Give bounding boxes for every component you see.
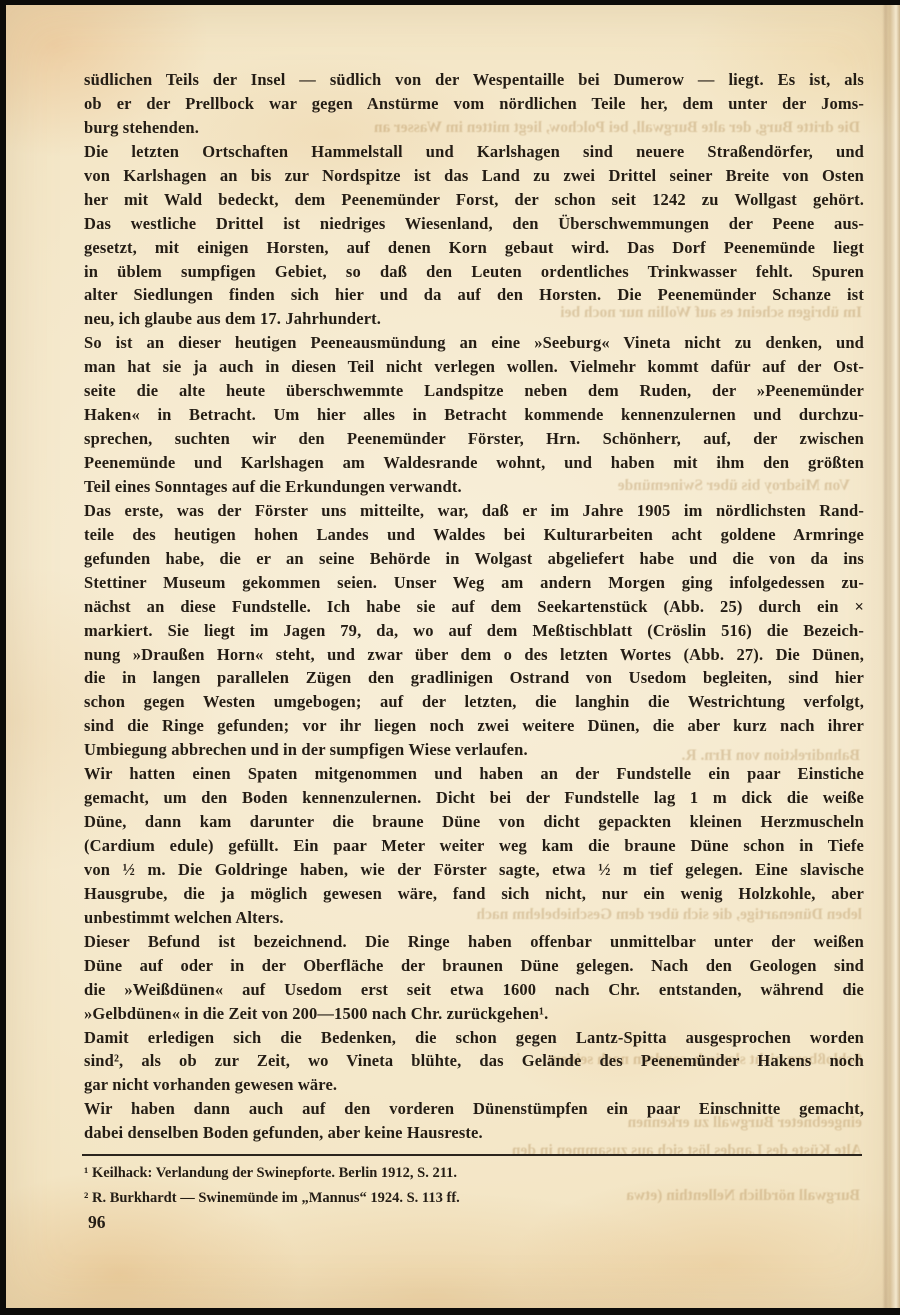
text-line: (Cardium edule) gefüllt. Ein paar Meter …	[84, 834, 864, 858]
text-line: Das westliche Drittel ist niedriges Wies…	[84, 212, 864, 236]
text-line: die in langen parallelen Zügen den gradl…	[84, 666, 864, 690]
text-line: man hat sie ja auch in diesen Teil nicht…	[84, 355, 864, 379]
text-line: Die letzten Ortschaften Hammelstall und …	[84, 140, 864, 164]
text-line: Wir haben dann auch auf den vorderen Dün…	[84, 1097, 864, 1121]
scan-border-top	[0, 0, 900, 5]
footnote-rule	[82, 1154, 862, 1156]
text-line: gefunden habe, die er an seine Behörde i…	[84, 547, 864, 571]
text-line: unbestimmt welchen Alters.	[84, 906, 864, 930]
text-line: ob er der Prellbock war gegen Anstürme v…	[84, 92, 864, 116]
scan-border-bottom	[0, 1308, 900, 1315]
text-line: alter Siedlungen finden sich hier und da…	[84, 283, 864, 307]
text-line: sind², als ob zur Zeit, wo Vineta blühte…	[84, 1049, 864, 1073]
text-line: südlichen Teils der Insel — südlich von …	[84, 68, 864, 92]
text-line: gemacht, um den Boden kennenzulernen. Di…	[84, 786, 864, 810]
text-line: burg stehenden.	[84, 116, 864, 140]
text-line: Teil eines Sonntages auf die Erkundungen…	[84, 475, 864, 499]
text-line: sprechen, suchten wir den Peenemünder Fö…	[84, 427, 864, 451]
text-line: nächst an diese Fundstelle. Ich habe sie…	[84, 595, 864, 619]
text-line: Hausgrube, die ja möglich gewesen wäre, …	[84, 882, 864, 906]
scanned-book-page: Die dritte Burg, der alte Burgwall, bei …	[0, 0, 900, 1315]
footnotes: ¹ Keilhack: Verlandung der Swinepforte. …	[84, 1161, 864, 1211]
body-text-block: südlichen Teils der Insel — südlich von …	[84, 68, 864, 1145]
footnote: ¹ Keilhack: Verlandung der Swinepforte. …	[84, 1161, 864, 1186]
text-line: Umbiegung abbrechen und in der sumpfigen…	[84, 738, 864, 762]
text-line: gar nicht vorhanden gewesen wäre.	[84, 1073, 864, 1097]
text-line: Düne, dann kam darunter die braune Düne …	[84, 810, 864, 834]
text-line: gesetzt, mit einigen Horsten, auf denen …	[84, 236, 864, 260]
paragraph: südlichen Teils der Insel — südlich von …	[84, 68, 864, 140]
text-line: Stettiner Museum gekommen seien. Unser W…	[84, 571, 864, 595]
text-line: Haken« in Betracht. Um hier alles in Bet…	[84, 403, 864, 427]
text-line: sind die Ringe gefunden; vor ihr liegen …	[84, 714, 864, 738]
paragraph: Die letzten Ortschaften Hammelstall und …	[84, 140, 864, 332]
text-line: Damit erledigen sich die Bedenken, die s…	[84, 1026, 864, 1050]
text-line: her mit Wald bedeckt, dem Peenemünder Fo…	[84, 188, 864, 212]
text-line: markiert. Sie liegt im Jagen 79, da, wo …	[84, 619, 864, 643]
text-line: in üblem sumpfigen Gebiet, so daß den Le…	[84, 260, 864, 284]
paragraph: So ist an dieser heutigen Peeneausmündun…	[84, 331, 864, 499]
text-line: von ½ m. Die Goldringe haben, wie der Fö…	[84, 858, 864, 882]
text-line: die »Weißdünen« auf Usedom erst seit etw…	[84, 978, 864, 1002]
text-line: dabei denselben Boden gefunden, aber kei…	[84, 1121, 864, 1145]
text-line: schon gegen Westen umgebogen; auf der le…	[84, 690, 864, 714]
paragraph: Damit erledigen sich die Bedenken, die s…	[84, 1026, 864, 1098]
text-line: So ist an dieser heutigen Peeneausmündun…	[84, 331, 864, 355]
text-line: Wir hatten einen Spaten mitgenommen und …	[84, 762, 864, 786]
page-edge-shading	[882, 0, 900, 1315]
paragraph: Wir hatten einen Spaten mitgenommen und …	[84, 762, 864, 930]
scan-border-left	[0, 0, 6, 1315]
text-line: von Karlshagen an bis zur Nordspitze ist…	[84, 164, 864, 188]
page-number: 96	[88, 1212, 106, 1233]
paragraph: Das erste, was der Förster uns mitteilte…	[84, 499, 864, 762]
text-line: Düne auf oder in der Oberfläche der brau…	[84, 954, 864, 978]
text-line: Peenemünde und Karlshagen am Waldesrande…	[84, 451, 864, 475]
text-line: seite die alte heute überschwemmte Lands…	[84, 379, 864, 403]
text-line: Dieser Befund ist bezeichnend. Die Ringe…	[84, 930, 864, 954]
text-line: Das erste, was der Förster uns mitteilte…	[84, 499, 864, 523]
text-line: »Gelbdünen« in die Zeit von 200—1500 nac…	[84, 1002, 864, 1026]
text-line: nung »Draußen Horn« steht, und zwar über…	[84, 643, 864, 667]
text-line: teile des heutigen hohen Landes und Wald…	[84, 523, 864, 547]
paragraph: Wir haben dann auch auf den vorderen Dün…	[84, 1097, 864, 1145]
paragraph: Dieser Befund ist bezeichnend. Die Ringe…	[84, 930, 864, 1026]
text-line: neu, ich glaube aus dem 17. Jahrhundert.	[84, 307, 864, 331]
footnote: ² R. Burkhardt — Swinemünde im „Mannus“ …	[84, 1186, 864, 1211]
